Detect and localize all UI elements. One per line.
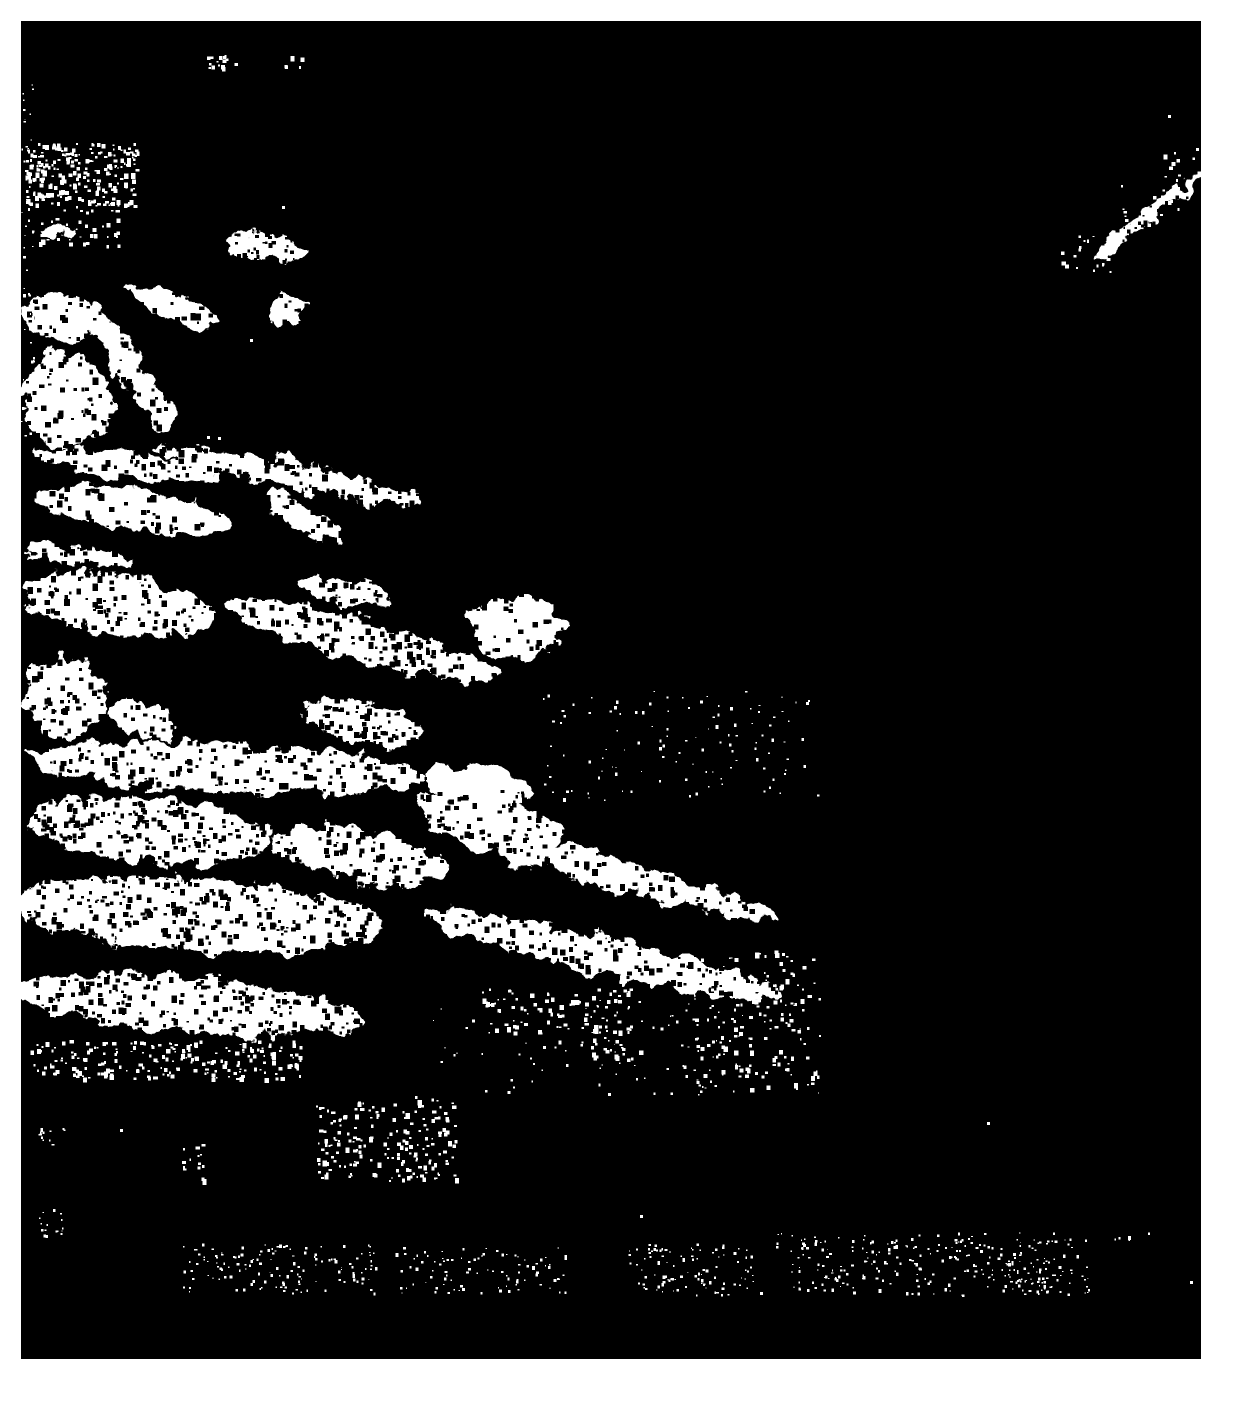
- sem-micrograph: [0, 0, 1240, 1401]
- micrograph-page: [0, 0, 1240, 1401]
